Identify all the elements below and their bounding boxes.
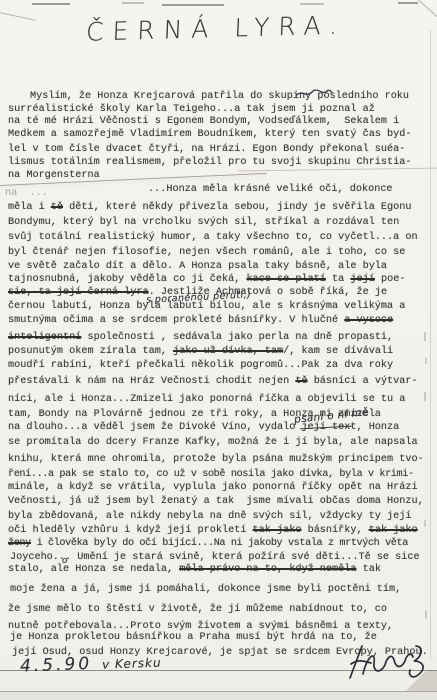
typed-text: tajnosnubná, jakoby věděla co ji čeká, [8,274,246,285]
typed-text: /, kam se dívávali [283,346,393,357]
typed-line: Myslím, že Honza Krejcarová patřila do s… [30,91,409,102]
typed-text: ve světě začalo dít a dělo. A Honza psal… [8,261,387,272]
typed-text: posunutým okem zírala tam, [8,346,173,357]
typed-struck-text: měla právo na to, když neměla [179,564,356,575]
handwritten-place: v Kersku [102,656,162,672]
page-title: ČERNÁ LYRA. [85,10,346,46]
typed-line: lismus totálním realismem, přeložil pro … [8,157,412,168]
typed-line: na ... [5,188,48,199]
scanned-typescript-page: ČERNÁ LYRA. Myslím, že Honza Krejcarová … [0,0,437,700]
typed-text: knihu, která mne ohromila, protože byla … [8,454,424,465]
typed-text: přestávali k nám na Hráz Večnosti chodit… [8,376,295,387]
typed-text: byl čtenář nejen filosofie, nejen všech … [8,247,405,258]
typed-line: oči hleděly vzhůru i když její prokletí … [8,525,418,536]
typed-line: na té mé Hrázi Věčnosti s Egonem Bondym,… [8,116,399,127]
typed-struck-text: tě [295,376,307,387]
typed-struck-text: tak jako [253,525,302,536]
paper-crease [0,12,35,20]
typed-line: ...Honza měla krásné veliké oči, dokonce [148,184,393,195]
typed-text: byla zbědovaná, ale nikdy nebyla na dně … [8,511,412,522]
paper-strip [0,692,437,700]
typed-text: Medkem a samozřejmě Vladimírem Boudníkem… [8,129,412,140]
typed-text: černou labutí, Honza byla labutí bílou, … [8,301,405,312]
typed-struck-text: kace se platí [246,274,325,285]
handwritten-correction-squiggle [294,87,334,100]
typed-text: níci, ale i Honza...Zmizeli jako ponorná… [8,394,405,405]
typed-text: nutně potřebovala...Proto svým životem a… [8,621,393,632]
typed-line: smutnýma očima a se srdcem prokleté básn… [8,315,393,326]
typed-text: je Honza prokletou básnířkou a Praha mus… [10,632,377,643]
typed-text: oči hleděly vzhůru i když její prokletí [8,525,253,536]
typed-line: ření...a pak se stalo to, co už v sobě n… [8,469,414,480]
typed-line: lel v tom čísle dvacet čtyři, na Hrázi. … [8,144,405,155]
typed-text: svůj totální realistický humor, a taky v… [8,232,418,243]
paper-mark [300,3,324,5]
typed-line: posunutým okem zírala tam, jako už dívka… [8,346,393,357]
typed-text: na té mé Hrázi Věčnosti s Egonem Bondym,… [8,116,399,127]
typed-text: na Morgensterna [8,170,100,181]
typed-text: na ... [5,188,48,199]
typed-line: níci, ale i Honza...Zmizeli jako ponorná… [8,394,405,405]
typed-line: se promítala do dcery Franze Kafky, možn… [8,437,418,448]
paper-mark [398,2,418,4]
typed-struck-text: ženy [8,538,31,549]
typed-line: inteligentní společnosti , sedávala jako… [8,332,393,343]
typed-text: se promítala do dcery Franze Kafky, možn… [8,437,418,448]
paper-seam [238,168,437,172]
typed-line: moudří rabíni, kteří přečkali několik po… [8,360,393,371]
paper-mark [425,358,427,364]
typed-text: moje žena a já, jsme jí pomáhali, dokonc… [10,584,401,595]
typed-line: na dlouho...a věděl jsem že Divoké Víno,… [8,422,399,433]
typed-struck-text: její [350,274,374,285]
typed-line: tajnosnubná, jakoby věděla co ji čeká, k… [8,274,405,285]
typed-struck-text: a vysoce [344,315,393,326]
typed-text: stalo, ale Honza se nedala, [8,564,179,575]
typed-line: byl čtenář nejen filosofie, nejen všech … [8,247,405,258]
typed-text: na dlouho...a věděl jsem že Divoké Víno,… [8,422,399,433]
paper-mark [424,332,426,341]
typed-line: moje žena a já, jsme jí pomáhali, dokonc… [10,584,401,595]
paper-mark [425,610,427,619]
typed-text: ření...a pak se stalo to, co už v sobě n… [8,469,414,480]
paper-seam [0,691,437,692]
typed-line: Medkem a samozřejmě Vladimírem Boudníkem… [8,129,412,140]
typed-text: ...Honza měla krásné veliké oči, dokonce [148,184,393,195]
handwritten-letter-correction: o [62,556,68,566]
typed-struck-text: tě [51,202,63,213]
handwritten-date: 4.5.90 [20,654,93,677]
typed-line: na Morgensterna [8,170,100,181]
typed-text: moudří rabíni, kteří přečkali několik po… [8,360,393,371]
typed-text: lel v tom čísle dvacet čtyři, na Hrázi. … [8,144,405,155]
paper-mark [32,3,70,5]
typed-line: Večnosti, já už jsem byl ženatý a tak js… [8,496,424,507]
typed-text: tak [356,564,380,575]
typed-line: svůj totální realistický humor, a taky v… [8,232,418,243]
typed-text: lismus totálním realismem, přeložil pro … [8,157,412,168]
typed-text: básníci a výtvar- [308,376,418,387]
paper-mark [424,520,426,527]
typed-text: Myslím, že Honza Krejcarová patřila do s… [30,91,409,102]
typed-struck-text: tak jako [369,525,418,536]
typed-line: minále, a když se vrátila, vyplula jako … [8,482,418,493]
typed-struck-text: jako už dívka, tam [173,346,283,357]
typed-text: děti, které někdy přivezla sebou, jindy … [63,202,411,213]
typed-line: že jsme mělo to štěstí v životě, že jí m… [8,604,387,615]
typed-text: poe- [375,274,406,285]
paper-mark [162,4,224,6]
typed-line: ve světě začalo dít a dělo. A Honza psal… [8,261,387,272]
typed-line: měla i tě děti, které někdy přivezla seb… [8,202,412,213]
paper-mark [424,392,426,401]
typed-text: že jsme mělo to štěstí v životě, že jí m… [8,604,387,615]
typed-line: ženy i člověka byly do očí bijící...Na n… [8,538,408,549]
typed-text: surréalistické školy Karla Teigeho...a t… [8,104,375,115]
paper-mark [122,2,144,4]
typed-line: nutně potřebovala...Proto svým životem a… [8,621,393,632]
typed-line: přestávali k nám na Hráz Večnosti chodit… [8,376,418,387]
typed-text: minále, a když se vrátila, vyplula jako … [8,482,418,493]
typed-text: smutnýma očima a se srdcem prokleté básn… [8,315,344,326]
typed-line: Bondymu, který byl na vrcholku svých sil… [8,217,399,228]
typed-text: Bondymu, který byl na vrcholku svých sil… [8,217,399,228]
signature-scrawl [346,638,434,686]
typed-line: černou labutí, Honza byla labutí bílou, … [8,301,405,312]
typed-line: je Honza prokletou básnířkou a Praha mus… [10,632,377,643]
typed-line: Joyceho... Umění je stará svině, která p… [10,552,420,563]
typed-text: ta [326,274,350,285]
typed-text: básnířky, [301,525,368,536]
typed-line: surréalistické školy Karla Teigeho...a t… [8,104,375,115]
typed-struck-text: sie, ta její černá lyra [8,287,149,298]
paper-edge-right [430,30,431,660]
typed-line: knihu, která mne ohromila, protože byla … [8,454,424,465]
typed-text: i člověka byly do očí bijící...Na ni jak… [31,538,408,549]
typed-struck-text: inteligentní [8,332,81,343]
typed-text: společnosti , sedávala jako perla na dně… [81,332,393,343]
typed-text: měla i [8,202,51,213]
typed-line: byla zbědovaná, ale nikdy nebyla na dně … [8,511,412,522]
typed-text: Joyceho... Umění je stará svině, která p… [10,552,420,563]
typed-text: Večnosti, já už jsem byl ženatý a tak js… [8,496,424,507]
